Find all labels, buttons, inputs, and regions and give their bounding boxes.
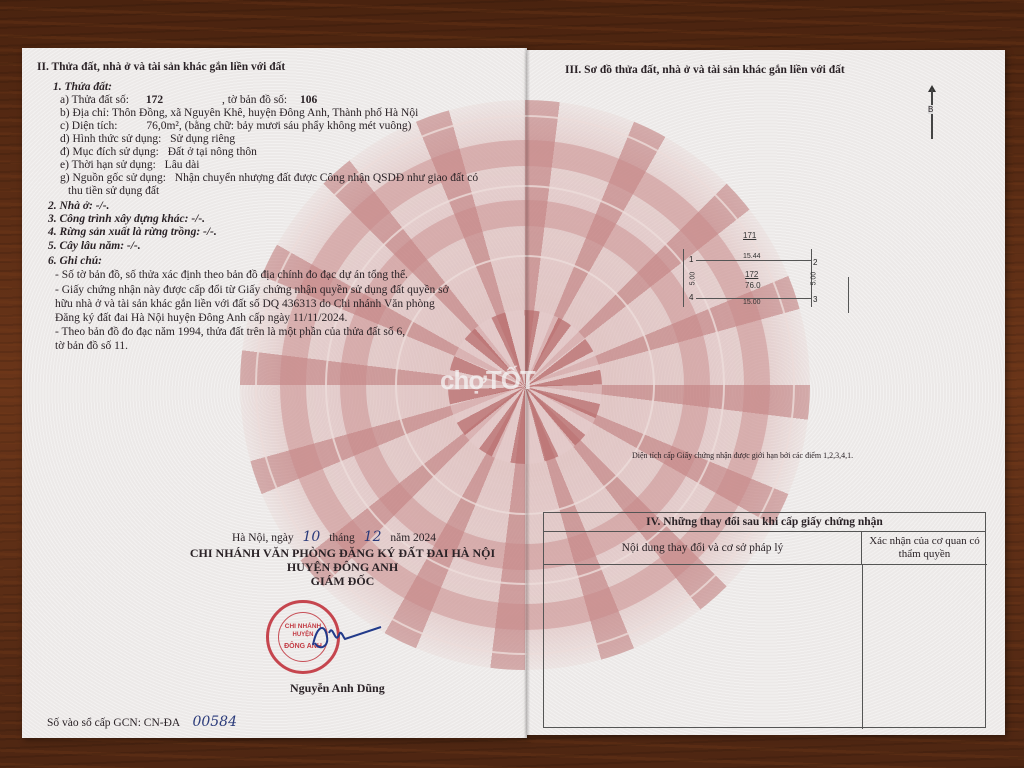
origin-label: g) Nguồn gốc sử dụng:: [60, 172, 166, 184]
top-edge-length: 15.44: [743, 253, 761, 260]
point-4: 4: [689, 293, 693, 302]
arrow-shaft: [931, 89, 933, 139]
point-3: 3: [813, 295, 817, 304]
column-divider: [862, 565, 863, 729]
usage-form-label: d) Hình thức sử dụng:: [60, 133, 161, 145]
production-forest-row: 4. Rừng sản xuất là rừng trồng: -/-.: [48, 225, 217, 240]
right-edge-length: 5.00: [810, 272, 817, 286]
notes-heading: 6. Ghi chú:: [48, 254, 102, 269]
term-label: e) Thời hạn sử dụng:: [60, 159, 156, 171]
note-line: tờ bản đồ số 11.: [55, 339, 128, 354]
left-edge-length: 5.00: [689, 272, 696, 286]
parcel-no: 172: [146, 94, 163, 106]
signature: [305, 615, 385, 660]
issuer-line-1: CHI NHÁNH VĂN PHÒNG ĐĂNG KÝ ĐẤT ĐAI HÀ N…: [180, 546, 505, 561]
area-value: 76,0m², (bằng chữ: bảy mươi sáu phẩy khô…: [146, 120, 411, 132]
parcel-label: a) Thửa đất số:: [60, 94, 129, 106]
date-prefix: Hà Nội, ngày: [232, 532, 294, 544]
note-line: Đăng ký đất đai Hà Nội huyện Đông Anh cấ…: [55, 311, 347, 326]
registry-row: Số vào sổ cấp GCN: CN-ĐA 00584: [47, 715, 237, 731]
note-line: - Số tờ bản đồ, số thửa xác định theo bả…: [55, 268, 408, 283]
purpose-label: đ) Mục đích sử dụng:: [60, 146, 159, 158]
north-label: B: [928, 105, 933, 114]
issuer-line-3: GIÁM ĐỐC: [180, 574, 505, 589]
signer-name: Nguyễn Anh Dũng: [290, 681, 385, 696]
boundary-note: Diện tích cấp Giấy chứng nhận được giới …: [632, 448, 853, 463]
date-year: năm 2024: [390, 532, 436, 544]
address-value: Thôn Đồng, xã Nguyên Khê, huyện Đông Anh…: [112, 107, 418, 119]
changes-table-title: IV. Những thay đổi sau khi cấp giấy chứn…: [544, 513, 985, 532]
note-line: - Giấy chứng nhận này được cấp đổi từ Gi…: [55, 283, 449, 298]
map-sheet-no: 106: [300, 94, 317, 106]
issue-date: Hà Nội, ngày 10 tháng 12 năm 2024: [232, 530, 436, 546]
parcel-diagram: 171 15.44 15.00 5.00 5.00 172 76.0 1 2 3…: [670, 225, 870, 315]
section-ii-title: II. Thửa đất, nhà ở và tài sản khác gắn …: [37, 60, 285, 75]
changes-col-content: Nội dung thay đổi và cơ sở pháp lý: [544, 532, 862, 565]
plot-area: 76.0: [745, 281, 761, 290]
note-line: - Theo bản đồ đo đạc năm 1994, thửa đất …: [55, 325, 405, 340]
address-label: b) Địa chỉ:: [60, 107, 109, 119]
changes-col-confirmation: Xác nhận của cơ quan có thẩm quyền: [862, 532, 987, 565]
edge-left: [683, 249, 684, 307]
plot-parcel-no: 172: [745, 270, 758, 279]
origin-value: Nhận chuyển nhượng đất được Công nhận QS…: [175, 172, 478, 184]
map-sheet-label: , tờ bản đồ số:: [222, 94, 287, 106]
bottom-edge-length: 15.00: [743, 299, 761, 306]
perennial-trees-row: 5. Cây lâu năm: -/-.: [48, 239, 141, 254]
origin-line-2: thu tiền sử dụng đất: [68, 184, 159, 199]
date-month-label: tháng: [329, 532, 355, 544]
neighbor-parcel: 171: [743, 231, 756, 240]
registry-no: 00584: [192, 714, 237, 730]
purpose-value: Đất ở tại nông thôn: [168, 146, 257, 158]
area-label: c) Diện tích:: [60, 120, 117, 132]
issuer-line-2: HUYỆN ĐÔNG ANH: [180, 560, 505, 575]
point-1: 1: [689, 255, 693, 264]
edge-far-right: [848, 277, 849, 313]
date-day: 10: [303, 529, 321, 545]
term-value: Lâu dài: [165, 159, 200, 171]
date-month: 12: [364, 529, 382, 545]
edge-1-2: [696, 260, 812, 261]
north-arrow-icon: B: [927, 85, 937, 140]
note-line: hữu nhà ở và tài sản khác gắn liền với đ…: [55, 297, 435, 312]
watermark: chợTỐT: [440, 365, 535, 396]
registry-label: Số vào sổ cấp GCN: CN-ĐA: [47, 717, 180, 729]
usage-form-value: Sử dụng riêng: [170, 133, 235, 145]
section-iii-title: III. Sơ đồ thửa đất, nhà ở và tài sản kh…: [565, 63, 845, 78]
changes-table: IV. Những thay đổi sau khi cấp giấy chứn…: [543, 512, 986, 728]
point-2: 2: [813, 258, 817, 267]
